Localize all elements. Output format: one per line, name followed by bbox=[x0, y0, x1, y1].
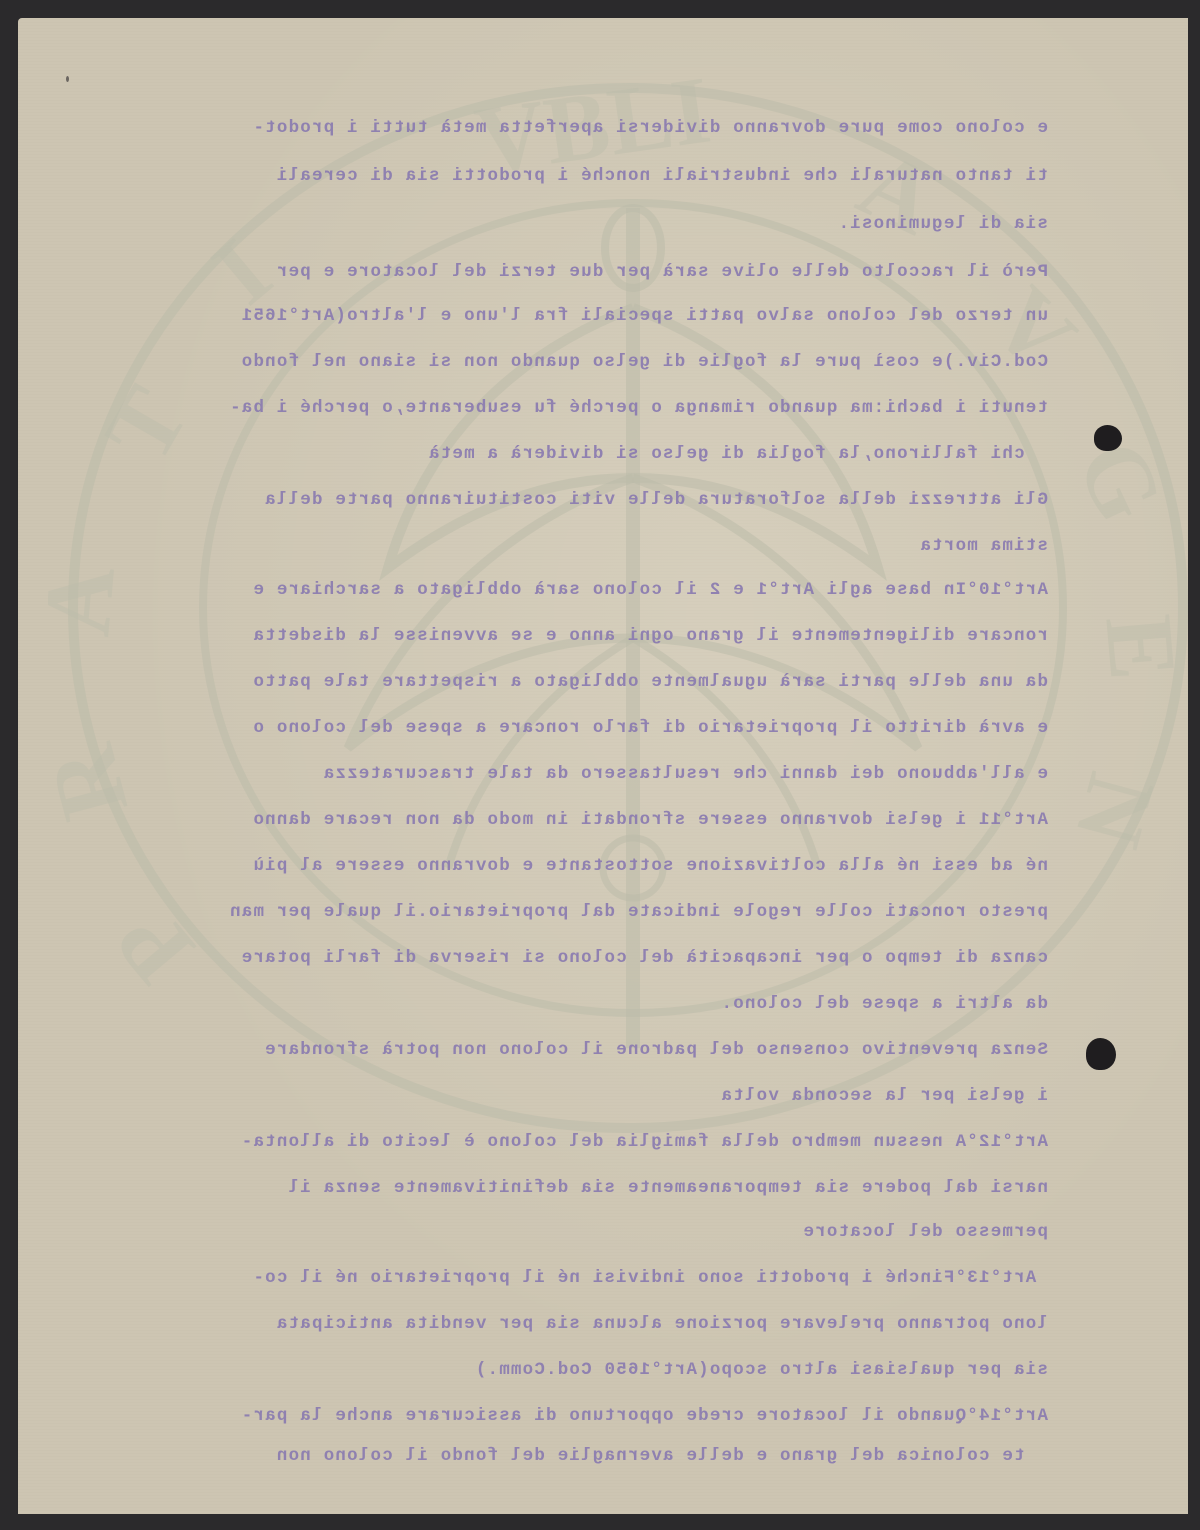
text-line: sia per qualsiasi altro scopo(Art°1650 C… bbox=[475, 1360, 1048, 1380]
text-line: Art°12°A nessun membro della famiglia de… bbox=[241, 1132, 1048, 1152]
text-line: sia di leguminosi. bbox=[837, 214, 1048, 234]
text-line: Art°11 i gelsi dovranno essere sfrondati… bbox=[252, 810, 1048, 830]
text-line: presto roncati colle regole indicate dal… bbox=[229, 902, 1048, 922]
page-edge-shadow bbox=[1188, 0, 1200, 1530]
text-line: Senza preventivo consenso del padrone il… bbox=[264, 1040, 1048, 1060]
text-line: Gli attrezzi della solforatura delle vit… bbox=[264, 490, 1048, 510]
punch-hole-lower bbox=[1086, 1038, 1116, 1070]
text-line: lono potranno prelevare porzione alcuna … bbox=[276, 1314, 1048, 1334]
text-line: stima morta bbox=[919, 536, 1048, 556]
text-line: Però il raccolto delle olive sarà per du… bbox=[276, 262, 1048, 282]
text-line: da una delle parti sarà ugualmente obbli… bbox=[252, 672, 1048, 692]
text-line: permesso del locatore bbox=[802, 1222, 1048, 1242]
text-line: tenuti i bachi:ma quando rimanga o perch… bbox=[229, 398, 1048, 418]
punch-hole-upper bbox=[1094, 425, 1122, 451]
text-line: Cod.Civ.)e così pure la foglie di gelso … bbox=[241, 352, 1048, 372]
ink-speck bbox=[66, 76, 69, 82]
document-page: VBLI A V G E N I T A R P e colono come p… bbox=[18, 18, 1188, 1514]
text-line: te colonica del grano e delle avernaglie… bbox=[276, 1446, 1048, 1466]
text-line: e colono come pure dovranno dividersi ap… bbox=[252, 118, 1048, 138]
text-line: un terzo del colono salvo patti speciali… bbox=[241, 306, 1048, 326]
text-line: roncare diligentemente il grano ogni ann… bbox=[252, 626, 1048, 646]
text-line: ti tanto naturali che industriali nonché… bbox=[276, 166, 1048, 186]
mirrored-typewritten-text: e colono come pure dovranno dividersi ap… bbox=[18, 18, 1188, 1514]
text-line: chi fallirono,la foglia di gelso si divi… bbox=[428, 444, 1048, 464]
text-line: Art°13°Finché i prodotti sono indivisi n… bbox=[252, 1268, 1048, 1288]
text-line: Art°10°In base agli Art°1 e 2 il colono … bbox=[252, 580, 1048, 600]
text-line: e avrà diritto il proprietario di farlo … bbox=[252, 718, 1048, 738]
text-line: da altri a spese del colono. bbox=[720, 994, 1048, 1014]
text-line: né ad essi né alla coltivazione sottosta… bbox=[252, 856, 1048, 876]
text-line: narsi dal podere sia temporaneamente sia… bbox=[287, 1178, 1048, 1198]
text-line: canza di tempo o per incapacità del colo… bbox=[241, 948, 1048, 968]
text-line: i gelsi per la seconda volta bbox=[720, 1086, 1048, 1106]
text-line: Art°14°Quando il locatore crede opportun… bbox=[241, 1406, 1048, 1426]
text-line: e all'abbuono dei danni che resultassero… bbox=[322, 764, 1048, 784]
